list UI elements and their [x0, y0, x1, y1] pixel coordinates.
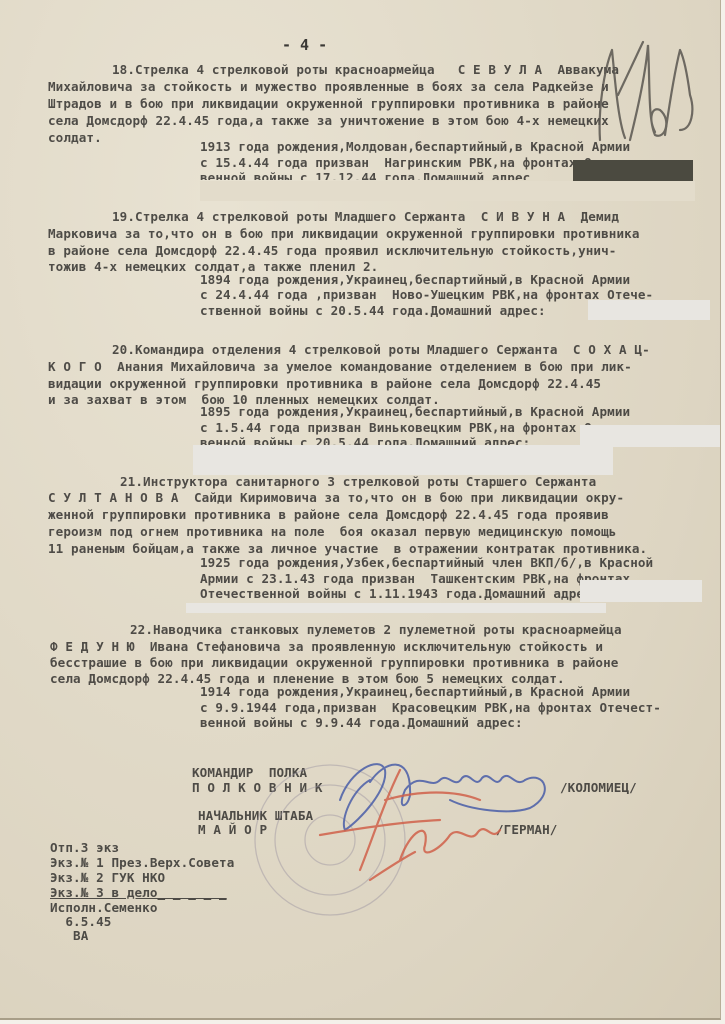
document-page: - 4 - 18.Стрелка 4 стрелковой роты красн… [0, 0, 721, 1020]
pencil-number-icon [600, 42, 693, 140]
handwriting-overlay [0, 0, 725, 1024]
blue-signature-icon [340, 764, 545, 830]
